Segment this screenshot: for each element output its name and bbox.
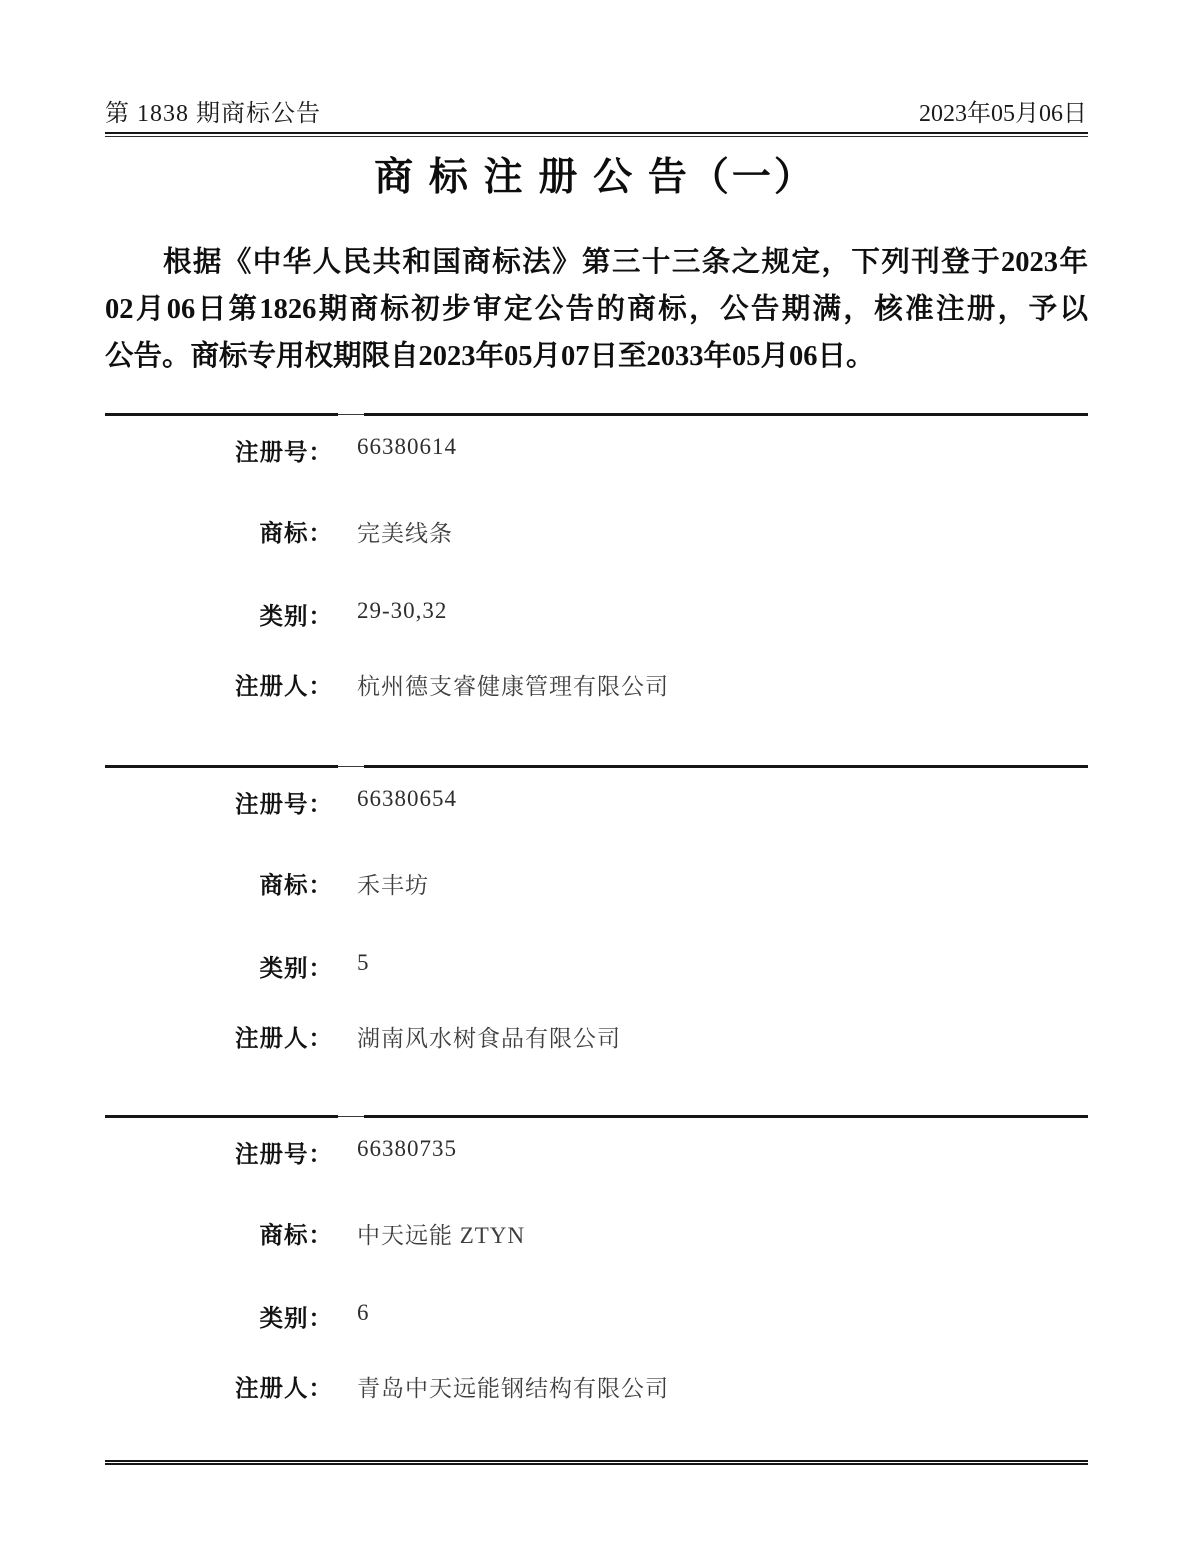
trademark-entry: 注册号： 66380614 商标： 完美线条 类别： 29-30,32 注册人：… xyxy=(105,413,1088,763)
registrant-label: 注册人： xyxy=(105,1369,333,1403)
registration-number-row: 注册号： 66380735 xyxy=(105,1135,1088,1167)
divider-segment-right xyxy=(364,1115,1088,1118)
trademark-row: 商标： 禾丰坊 xyxy=(105,866,1088,898)
header-issue-number: 第 1838 期商标公告 xyxy=(105,93,321,128)
category-row: 类别： 5 xyxy=(105,949,1088,981)
category-label: 类别： xyxy=(105,597,333,631)
category-label: 类别： xyxy=(105,949,333,983)
registrant-row: 注册人： 杭州德支睿健康管理有限公司 xyxy=(105,667,1088,699)
divider-segment-left xyxy=(105,765,338,768)
registration-number-label: 注册号： xyxy=(105,433,333,467)
registrant-value: 湖南风水树食品有限公司 xyxy=(357,1020,621,1053)
trademark-entry: 注册号： 66380735 商标： 中天远能 ZTYN 类别： 6 注册人： 青… xyxy=(105,1115,1088,1465)
registrant-value: 杭州德支睿健康管理有限公司 xyxy=(357,668,669,701)
registration-number-row: 注册号： 66380654 xyxy=(105,785,1088,817)
category-value: 29-30,32 xyxy=(357,598,447,624)
divider-segment-mid xyxy=(338,1116,364,1117)
registration-number-label: 注册号： xyxy=(105,1135,333,1169)
divider-segment-left xyxy=(105,1115,338,1118)
divider-segment-right xyxy=(364,765,1088,768)
registrant-row: 注册人： 湖南风水树食品有限公司 xyxy=(105,1019,1088,1051)
entry-divider xyxy=(105,765,1088,768)
trademark-row: 商标： 中天远能 ZTYN xyxy=(105,1216,1088,1248)
header-date: 2023年05月06日 xyxy=(919,93,1087,128)
trademark-label: 商标： xyxy=(105,866,333,900)
page-title: 商 标 注 册 公 告（一） xyxy=(0,146,1190,202)
registrant-label: 注册人： xyxy=(105,1019,333,1053)
category-value: 5 xyxy=(357,950,370,976)
gazette-page: 第 1838 期商标公告 2023年05月06日 商 标 注 册 公 告（一） … xyxy=(0,0,1190,1564)
trademark-label: 商标： xyxy=(105,514,333,548)
divider-segment-right xyxy=(364,413,1088,416)
trademark-entry: 注册号： 66380654 商标： 禾丰坊 类别： 5 注册人： 湖南风水树食品… xyxy=(105,765,1088,1115)
entry-divider xyxy=(105,413,1088,416)
divider-segment-mid xyxy=(338,414,364,415)
intro-paragraph-line-3: 公告。商标专用权期限自2023年05月07日至2033年05月06日。 xyxy=(105,337,1088,377)
intro-paragraph-line-1: 根据《中华人民共和国商标法》第三十三条之规定，下列刊登于2023年 xyxy=(105,243,1088,283)
registration-number-value: 66380654 xyxy=(357,786,457,812)
divider-segment-left xyxy=(105,413,338,416)
trademark-row: 商标： 完美线条 xyxy=(105,514,1088,546)
category-value: 6 xyxy=(357,1300,370,1326)
bottom-rule xyxy=(105,1460,1088,1465)
trademark-value: 中天远能 ZTYN xyxy=(357,1217,525,1250)
registrant-value: 青岛中天远能钢结构有限公司 xyxy=(357,1370,669,1403)
registrant-row: 注册人： 青岛中天远能钢结构有限公司 xyxy=(105,1369,1088,1401)
entry-divider xyxy=(105,1115,1088,1118)
registrant-label: 注册人： xyxy=(105,667,333,701)
trademark-value: 完美线条 xyxy=(357,515,453,548)
registration-number-value: 66380735 xyxy=(357,1136,457,1162)
registration-number-value: 66380614 xyxy=(357,434,457,460)
divider-segment-mid xyxy=(338,766,364,767)
header-rule xyxy=(105,132,1088,137)
category-row: 类别： 29-30,32 xyxy=(105,597,1088,629)
category-label: 类别： xyxy=(105,1299,333,1333)
registration-number-label: 注册号： xyxy=(105,785,333,819)
intro-paragraph-line-2: 02月06日第1826期商标初步审定公告的商标，公告期满，核准注册，予以 xyxy=(105,290,1088,330)
trademark-label: 商标： xyxy=(105,1216,333,1250)
trademark-value: 禾丰坊 xyxy=(357,867,429,900)
category-row: 类别： 6 xyxy=(105,1299,1088,1331)
registration-number-row: 注册号： 66380614 xyxy=(105,433,1088,465)
